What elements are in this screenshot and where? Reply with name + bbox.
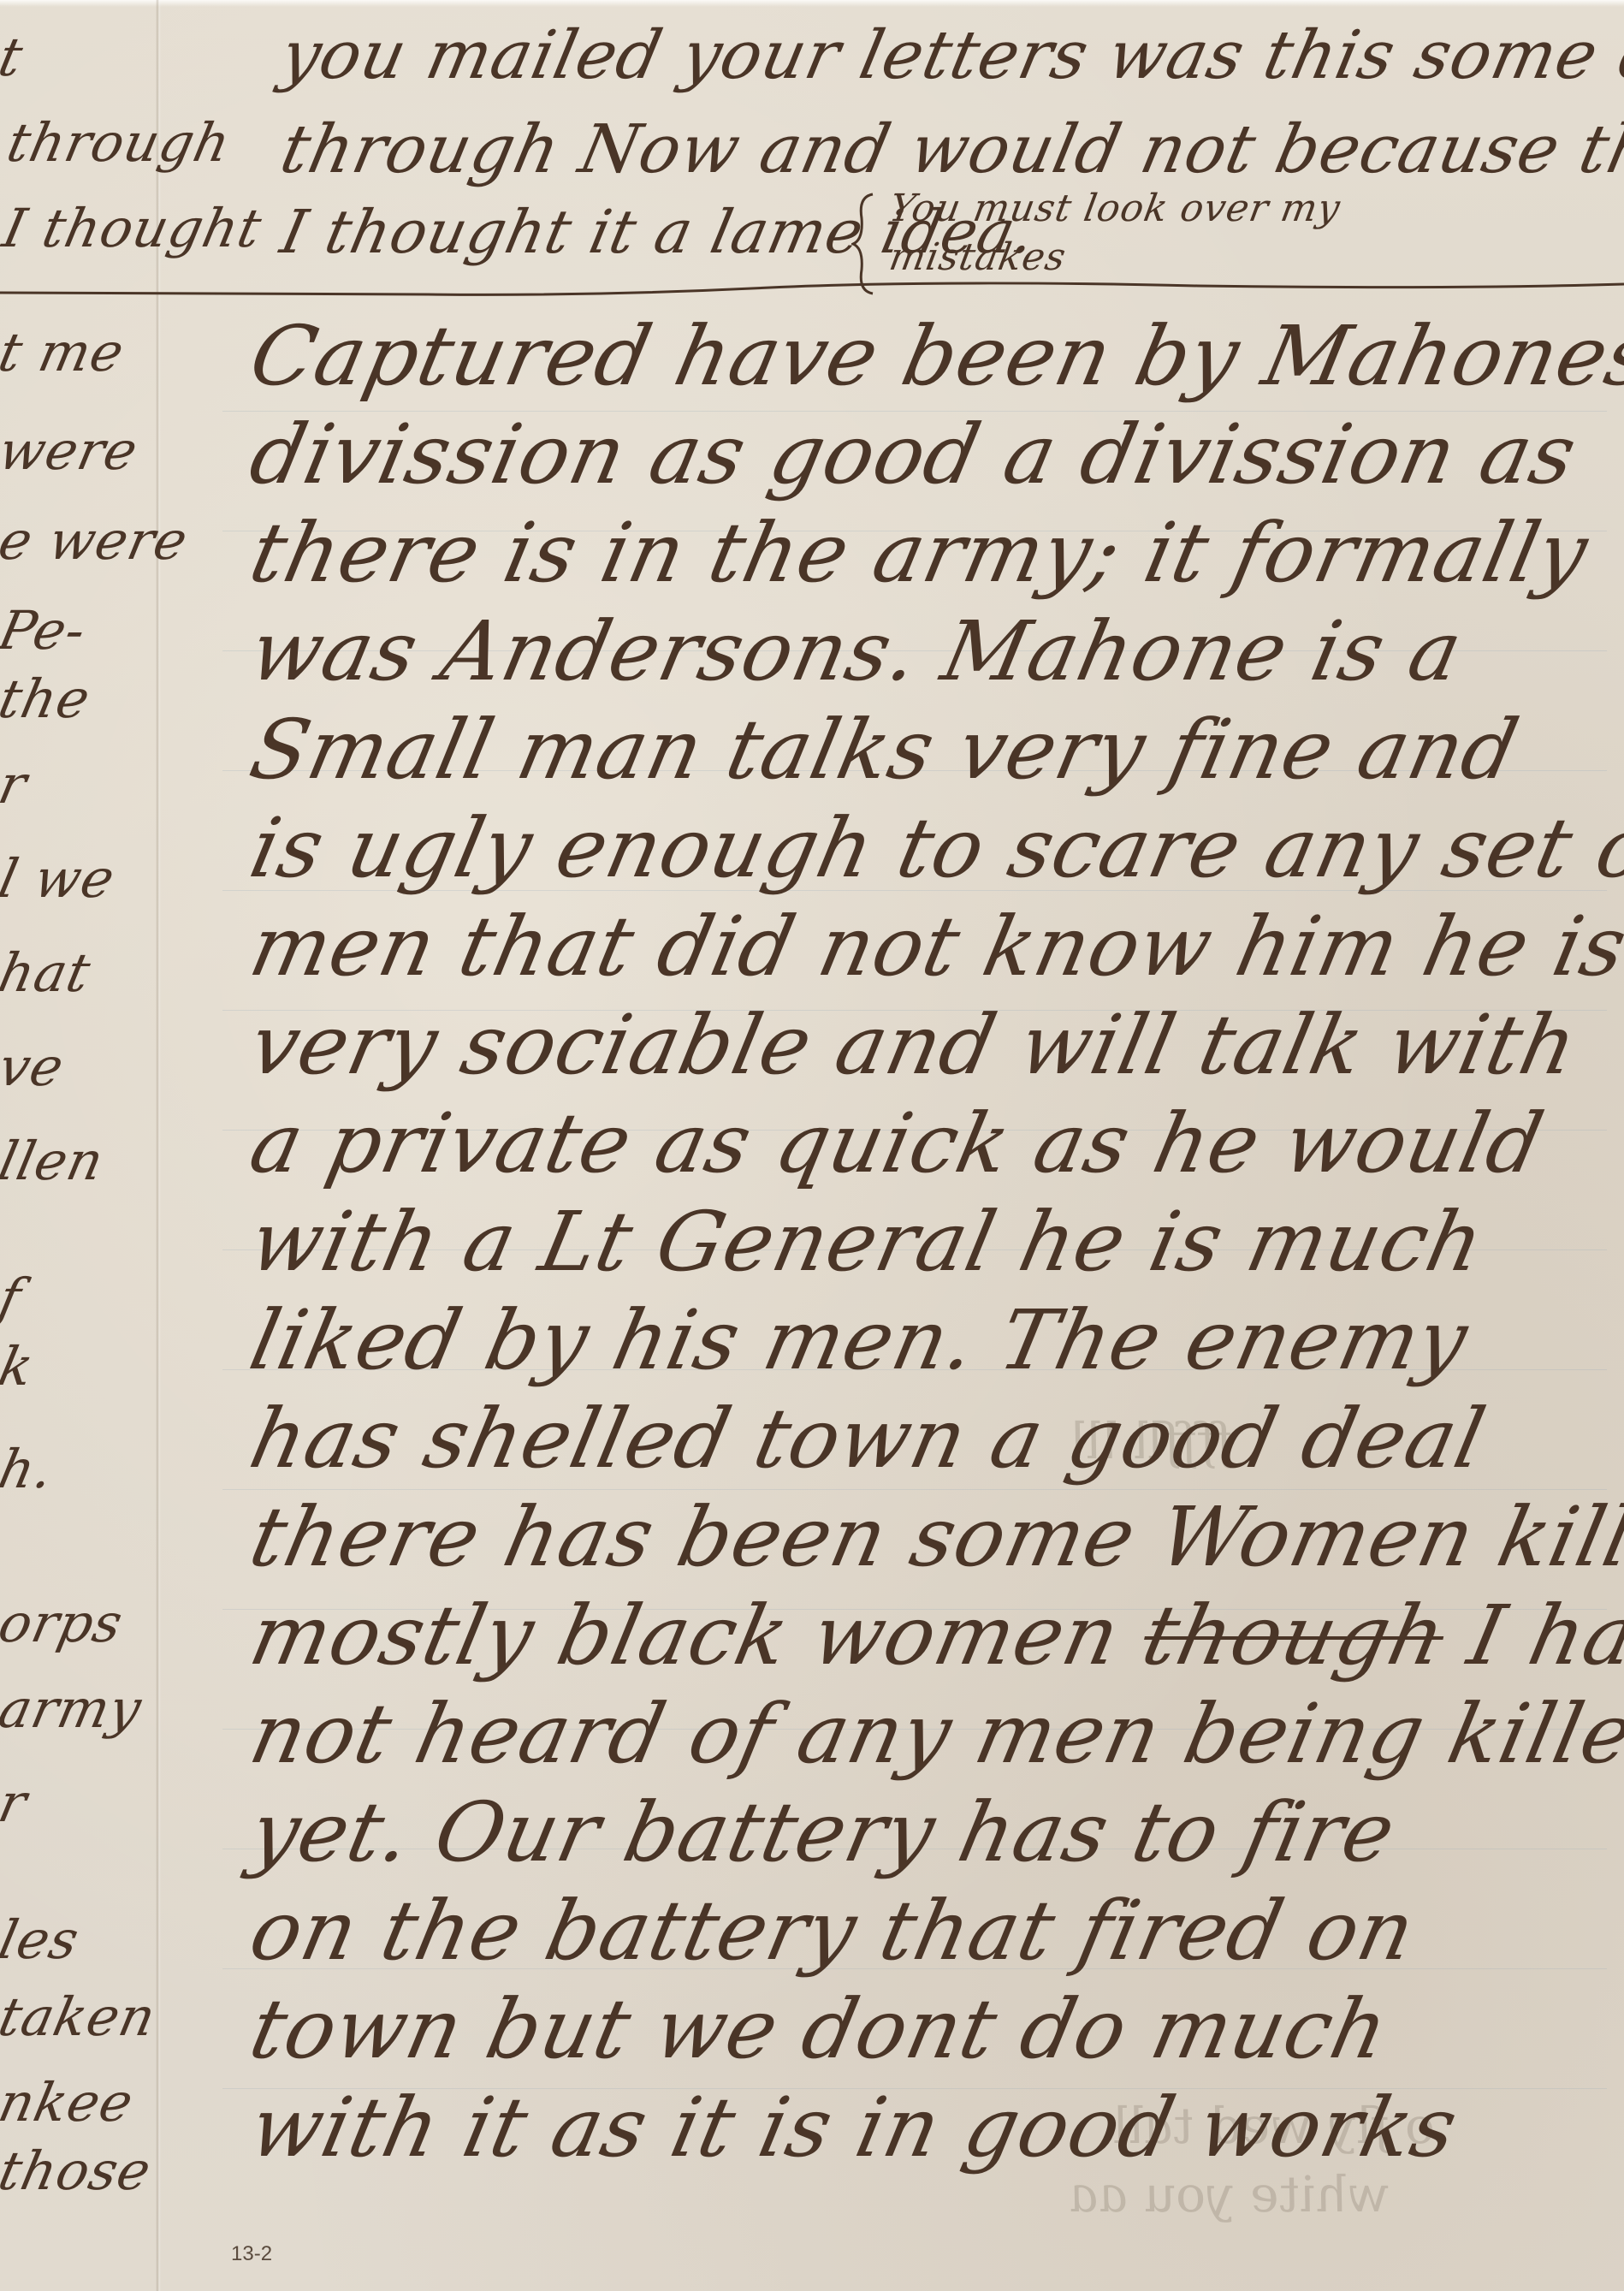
left-fragment: k [0,1335,39,1398]
body-line-3: there is in the army; it formally [242,505,1597,601]
letter-page: ffffll lll o fly wed tall white you aa y… [0,0,1624,2291]
body-line-18: town but we dont do much [242,1981,1396,2077]
body-line-4: was Andersons. Mahone is a [242,603,1471,699]
body-line-19: with it as it is in good works [242,2080,1466,2175]
left-fragment: f [0,1267,27,1329]
body-line-10: with a Lt General he is much [242,1194,1492,1290]
paper-fold [156,0,161,2291]
left-fragment: r [0,753,33,816]
body-line-6: is ugly enough to scare any set of [242,800,1624,896]
body-line-5: Small man talks very fine and [242,702,1526,798]
body-line-17: on the battery that fired on [242,1883,1423,1979]
left-fragment: the [0,668,96,730]
left-fragment: orps [0,1592,128,1654]
body-line-14-tail: I have [1461,1588,1624,1683]
left-fragment: Pe- [0,599,92,662]
struck-word: though [1135,1588,1454,1683]
body-line-7: men that did not know him he is [242,899,1624,994]
body-line-9: a private as quick as he would [242,1095,1552,1191]
left-fragment: e were [0,509,193,572]
header-line-2: through Now and would not because the [274,111,1624,188]
margin-note-line-1: You must look over my [886,187,1344,230]
left-fragment: I thought [0,197,268,259]
page-top-edge [0,0,1624,7]
left-fragment: l we [0,847,121,910]
section-divider [0,276,1624,279]
body-line-13: there has been some Women killed [242,1489,1624,1585]
left-fragment: t [0,26,29,88]
left-fragment: army [0,1677,147,1740]
body-line-2: divission as good a divission as [242,407,1585,502]
body-line-8: very sociable and will talk with [242,997,1585,1093]
body-line-11: liked by his men. The enemy [242,1292,1476,1388]
left-fragment: those [0,2140,157,2202]
left-fragment: t me [0,321,130,383]
margin-note-line-2: mistakes [886,235,1070,279]
left-fragment: through [2,111,236,174]
left-fragment: ve [0,1036,69,1098]
body-line-12: has shelled town a good deal [242,1391,1494,1487]
body-line-1: Captured have been by Mahones [242,308,1624,404]
left-fragment: les [0,1908,85,1971]
header-line-1: you mailed your letters was this some on… [274,17,1624,94]
body-line-14-text: mostly black women [242,1588,1128,1683]
left-fragment: nkee [0,2071,139,2134]
left-fragment: h. [0,1438,59,1500]
left-fragment: llen [0,1130,110,1192]
left-fragment: r [0,1772,33,1834]
folio-mark: 13-2 [231,2242,272,2266]
body-line-14: mostly black women though I have [242,1588,1624,1683]
left-fragment: were [0,419,144,482]
body-line-15: not heard of any men being killed [242,1686,1624,1782]
left-fragment: hat [0,941,97,1004]
body-line-16: yet. Our battery has to fire [242,1784,1403,1880]
left-fragment: taken [0,1985,162,2048]
